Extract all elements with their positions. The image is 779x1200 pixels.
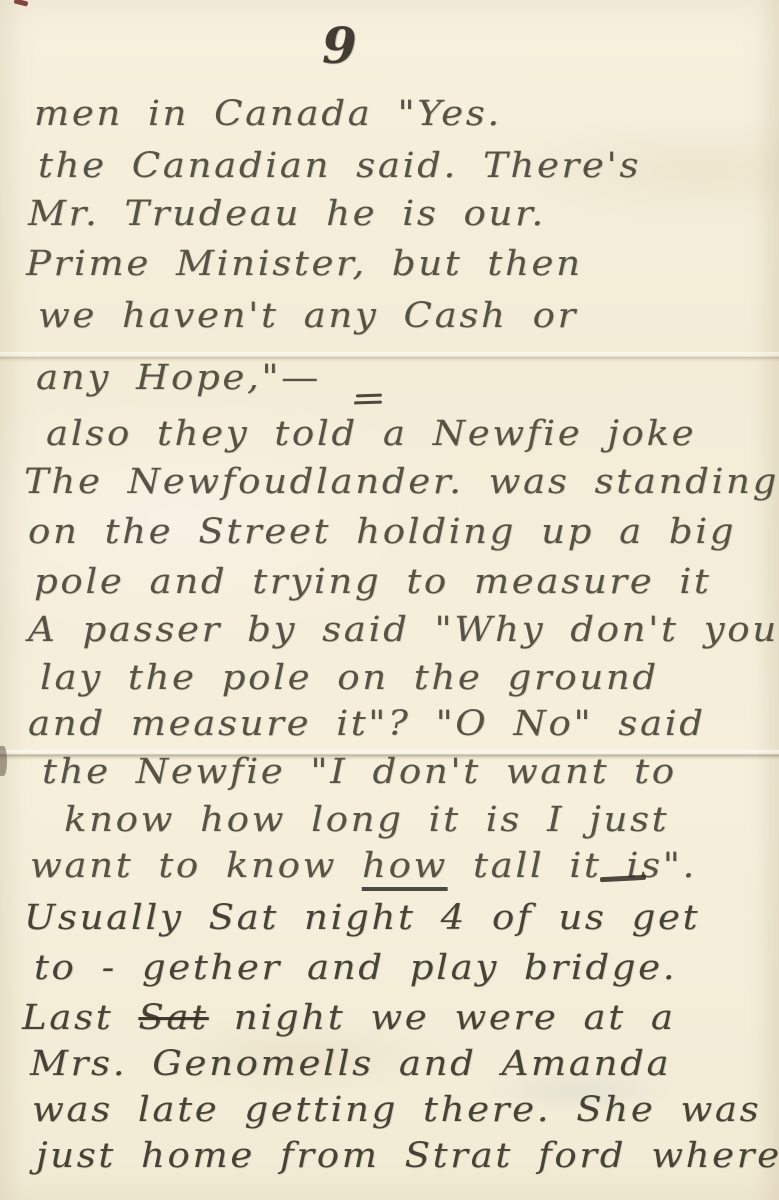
handwritten-line: and measure it"? "O No" said bbox=[28, 704, 706, 744]
handwritten-line: want to know how tall it is". bbox=[30, 846, 697, 886]
pen-stroke-underline bbox=[354, 401, 382, 405]
handwritten-line: on the Street holding up a big bbox=[28, 512, 736, 552]
handwritten-line: Prime Minister, but then bbox=[26, 244, 583, 284]
handwritten-line: Mrs. Genomells and Amanda bbox=[30, 1044, 671, 1084]
underlined-word: how bbox=[362, 846, 448, 891]
handwritten-line: Mr. Trudeau he is our. bbox=[28, 194, 546, 234]
paper-edge-nick bbox=[0, 746, 7, 776]
paper-blemish bbox=[14, 0, 29, 7]
page-number: 9 bbox=[322, 16, 357, 75]
letter-page: 9 men in Canada "Yes. the Canadian said.… bbox=[0, 0, 779, 1200]
handwritten-line: to - gether and play bridge. bbox=[34, 948, 677, 988]
handwritten-line: we haven't any Cash or bbox=[38, 296, 578, 336]
line-text: night we were at a bbox=[209, 998, 676, 1038]
handwritten-line: any Hope,"— bbox=[36, 358, 321, 398]
handwritten-line: pole and trying to measure it bbox=[34, 562, 712, 602]
handwritten-line: the Newfie "I don't want to bbox=[42, 752, 677, 792]
handwritten-line: know how long it is I just bbox=[64, 800, 669, 840]
handwritten-line: just home from Strat ford where bbox=[36, 1136, 779, 1176]
handwritten-line: men in Canada "Yes. bbox=[34, 94, 502, 134]
pen-stroke-underline bbox=[356, 394, 382, 398]
handwritten-line: also they told a Newfie joke bbox=[46, 414, 696, 454]
handwritten-line: the Canadian said. There's bbox=[38, 146, 641, 186]
handwritten-line: Last Sat night we were at a bbox=[22, 998, 676, 1038]
handwritten-line: lay the pole on the ground bbox=[40, 658, 659, 698]
line-text: tall it is". bbox=[448, 846, 697, 886]
handwritten-line: was late getting there. She was bbox=[32, 1090, 761, 1130]
line-text: Last bbox=[22, 998, 138, 1038]
handwritten-line: A passer by said "Why don't you bbox=[28, 610, 779, 650]
line-text: want to know bbox=[30, 846, 362, 886]
handwritten-line: The Newfoudlander. was standing bbox=[24, 462, 779, 502]
struck-word: Sat bbox=[138, 998, 208, 1038]
handwritten-line: Usually Sat night 4 of us get bbox=[24, 898, 700, 938]
